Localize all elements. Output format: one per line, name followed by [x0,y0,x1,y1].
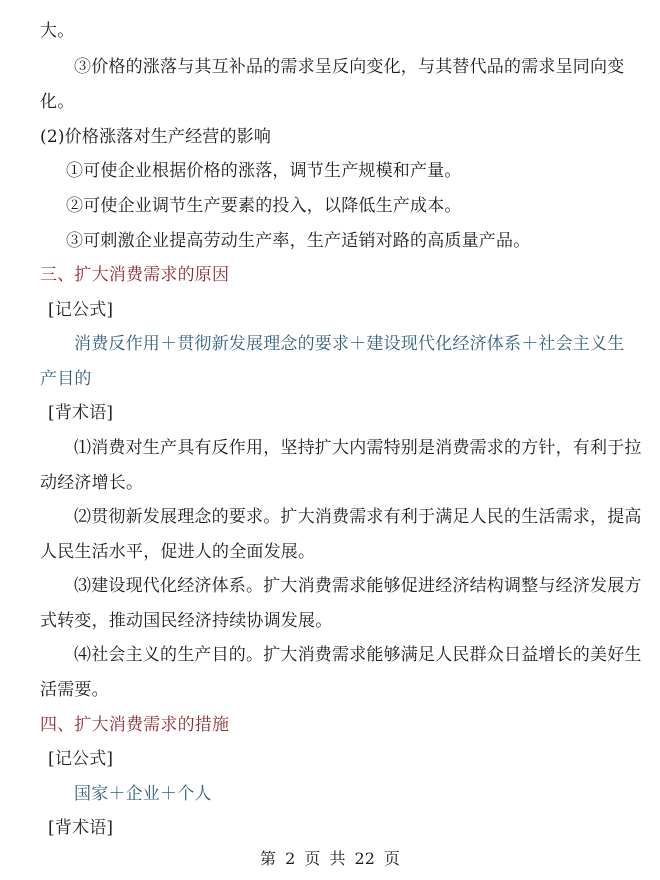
formula-tag: [记公式] [48,299,113,321]
list-item: ①可使企业根据价格的涨落，调节生产规模和产量。 [66,160,462,182]
list-item-continuation: 式转变，推动国民经济持续协调发展。 [40,610,332,632]
body-text-line: 化。 [40,91,74,113]
list-item: ⑵贯彻新发展理念的要求。扩大消费需求有利于满足人民的生活需求，提高 [74,506,642,528]
list-item-continuation: 动经济增长。 [40,472,143,494]
list-item: ②可使企业调节生产要素的投入，以降低生产成本。 [66,195,462,217]
body-text-line: ③价格的涨落与其互补品的需求呈反向变化，与其替代品的需求呈同向变 [74,56,624,78]
recite-tag: [背术语] [48,402,113,424]
list-item: ⑴消费对生产具有反作用，坚持扩大内需特别是消费需求的方针，有利于拉 [74,437,642,459]
formula-text: 消费反作用＋贯彻新发展理念的要求＋建设现代化经济体系＋社会主义生 [74,333,624,355]
recite-tag: [背术语] [48,817,113,839]
body-text-line: 大。 [40,20,74,42]
list-item: ③可刺激企业提高劳动生产率，生产适销对路的高质量产品。 [66,230,530,252]
document-page: 大。 ③价格的涨落与其互补品的需求呈反向变化，与其替代品的需求呈同向变 化。 (… [0,0,660,880]
subheading: (2)价格涨落对生产经营的影响 [40,126,271,148]
page-number: 第 2 页 共 22 页 [0,848,660,870]
list-item: ⑷社会主义的生产目的。扩大消费需求能够满足人民群众日益增长的美好生 [74,644,642,666]
formula-text: 国家＋企业＋个人 [74,783,212,805]
list-item: ⑶建设现代化经济体系。扩大消费需求能够促进经济结构调整与经济发展方 [74,575,642,597]
formula-tag: [记公式] [48,748,113,770]
section-heading: 三、扩大消费需求的原因 [40,264,229,286]
list-item-continuation: 人民生活水平，促进人的全面发展。 [40,541,315,563]
formula-text: 产目的 [40,368,92,390]
list-item-continuation: 活需要。 [40,679,109,701]
section-heading: 四、扩大消费需求的措施 [40,714,229,736]
